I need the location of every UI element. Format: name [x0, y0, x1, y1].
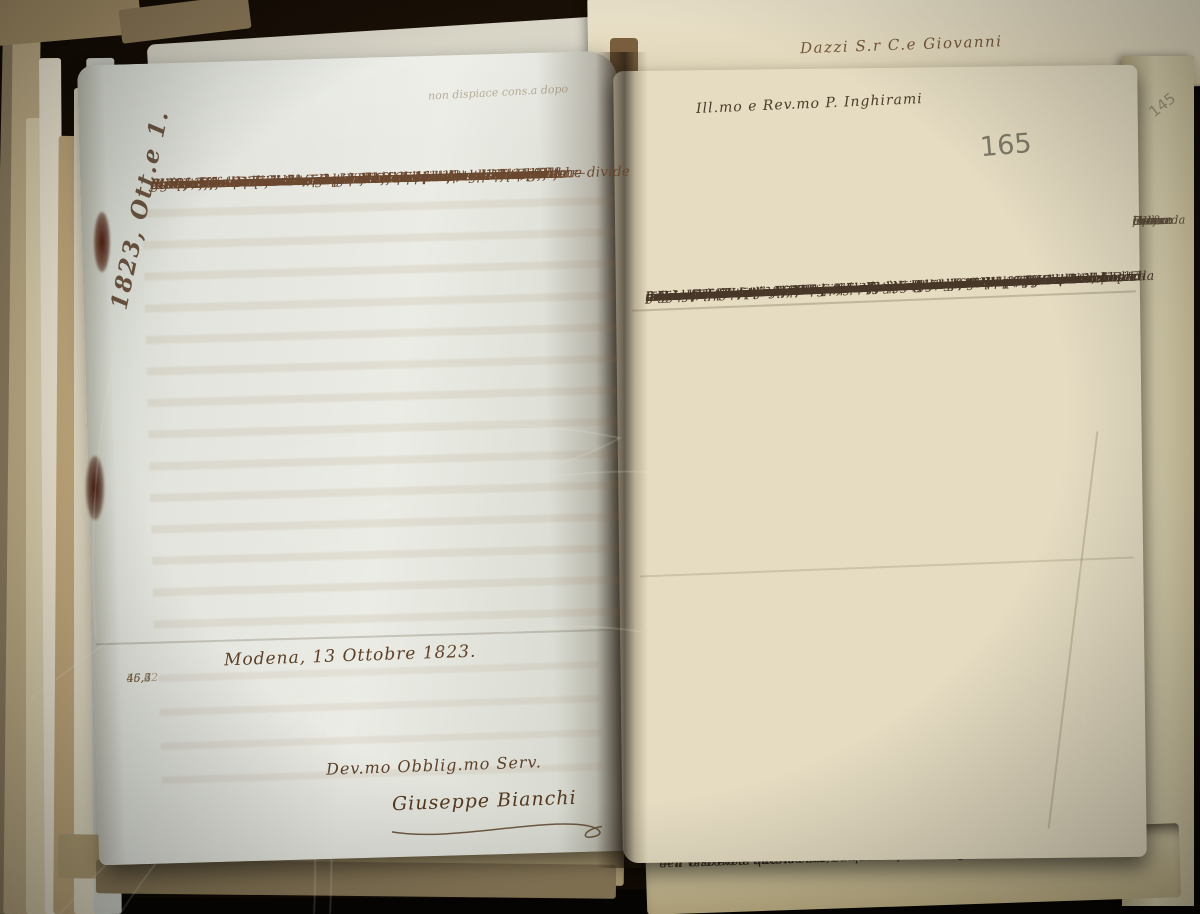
ink-stain [94, 212, 110, 272]
edge-fragment: animo [1132, 196, 1169, 246]
margin-number: 46,6 [126, 659, 152, 697]
right-letter-page [613, 65, 1147, 863]
pencil-page-number: 165 [979, 128, 1033, 163]
under-page-edge [96, 859, 616, 898]
ink-stain [86, 456, 104, 520]
paper-corner [118, 0, 251, 44]
manuscript-photo: Dazzi S.r C.e Giovanni 145 riputa.lemill… [0, 0, 1200, 914]
